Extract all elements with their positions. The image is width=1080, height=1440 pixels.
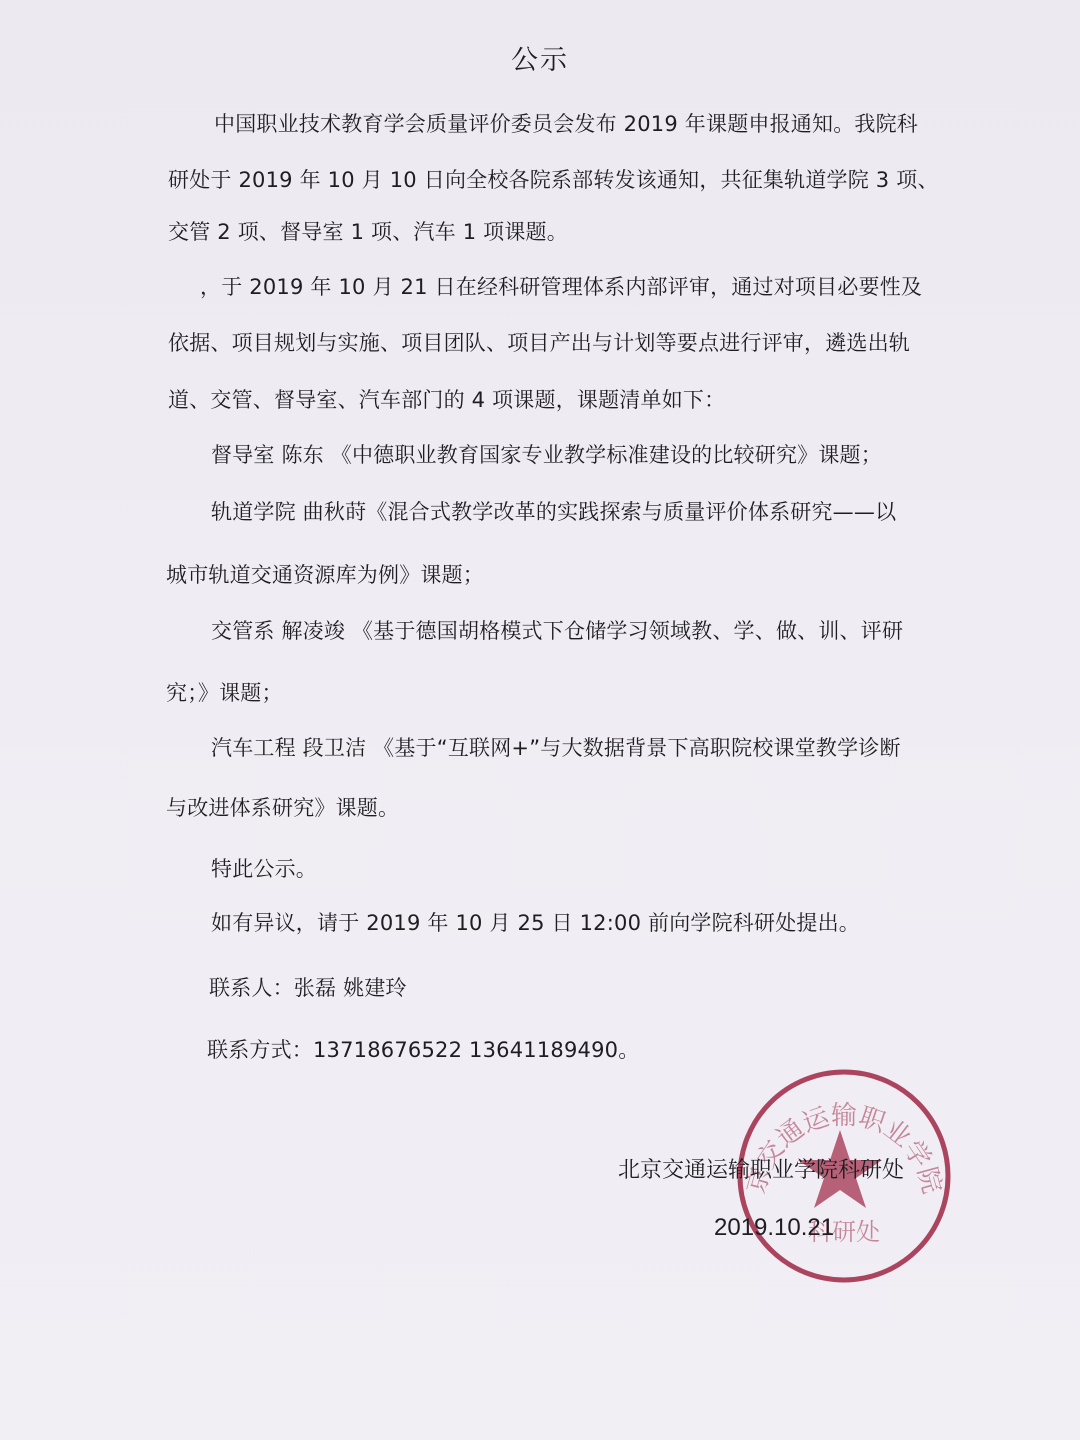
page-title: 公示 [0,38,1080,77]
contact-phones: 联系方式：13718676522 13641189490。 [207,1034,639,1064]
project-item-continued: 究；》课题； [166,677,283,707]
project-item-continued: 与改进体系研究》课题。 [166,792,399,822]
project-item: 交管系 解凌竣 《基于德国胡格模式下仓储学习领域教、学、做、训、评研 [211,615,903,645]
signing-organization: 北京交通运输职业学院科研处 [618,1153,904,1184]
signing-date: 2019.10.21 [714,1214,834,1242]
objection-deadline: 如有异议，请于 2019 年 10 月 25 日 12:00 前向学院科研处提出… [211,907,860,937]
paragraph-line: 依据、项目规划与实施、项目团队、项目产出与计划等要点进行评审，遴选出轨 [168,327,910,357]
project-item: 督导室 陈东 《中德职业教育国家专业教学标准建设的比较研究》课题； [211,439,882,469]
project-item: 汽车工程 段卫洁 《基于“互联网+”与大数据背景下高职院校课堂教学诊断 [211,732,901,762]
paragraph-line: 道、交管、督导室、汽车部门的 4 项课题，课题清单如下： [168,384,725,414]
notice-document: 公示 中国职业技术教育学会质量评价委员会发布 2019 年课题申报通知。我院科 … [0,0,1080,1440]
paragraph-line: 中国职业技术教育学会质量评价委员会发布 2019 年课题申报通知。我院科 [214,108,918,138]
contact-persons: 联系人：张磊 姚建玲 [209,972,407,1002]
paragraph-line: ，于 2019 年 10 月 21 日在经科研管理体系内部评审，通过对项目必要性… [200,271,922,301]
project-item-continued: 城市轨道交通资源库为例》课题； [166,559,484,589]
project-item: 轨道学院 曲秋莳《混合式教学改革的实践探索与质量评价体系研究——以 [211,496,896,526]
paragraph-line: 研处于 2019 年 10 月 10 日向全校各院系部转发该通知，共征集轨道学院… [168,164,939,194]
paragraph-line: 交管 2 项、督导室 1 项、汽车 1 项课题。 [168,216,568,246]
announcement-closing: 特此公示。 [211,853,317,883]
